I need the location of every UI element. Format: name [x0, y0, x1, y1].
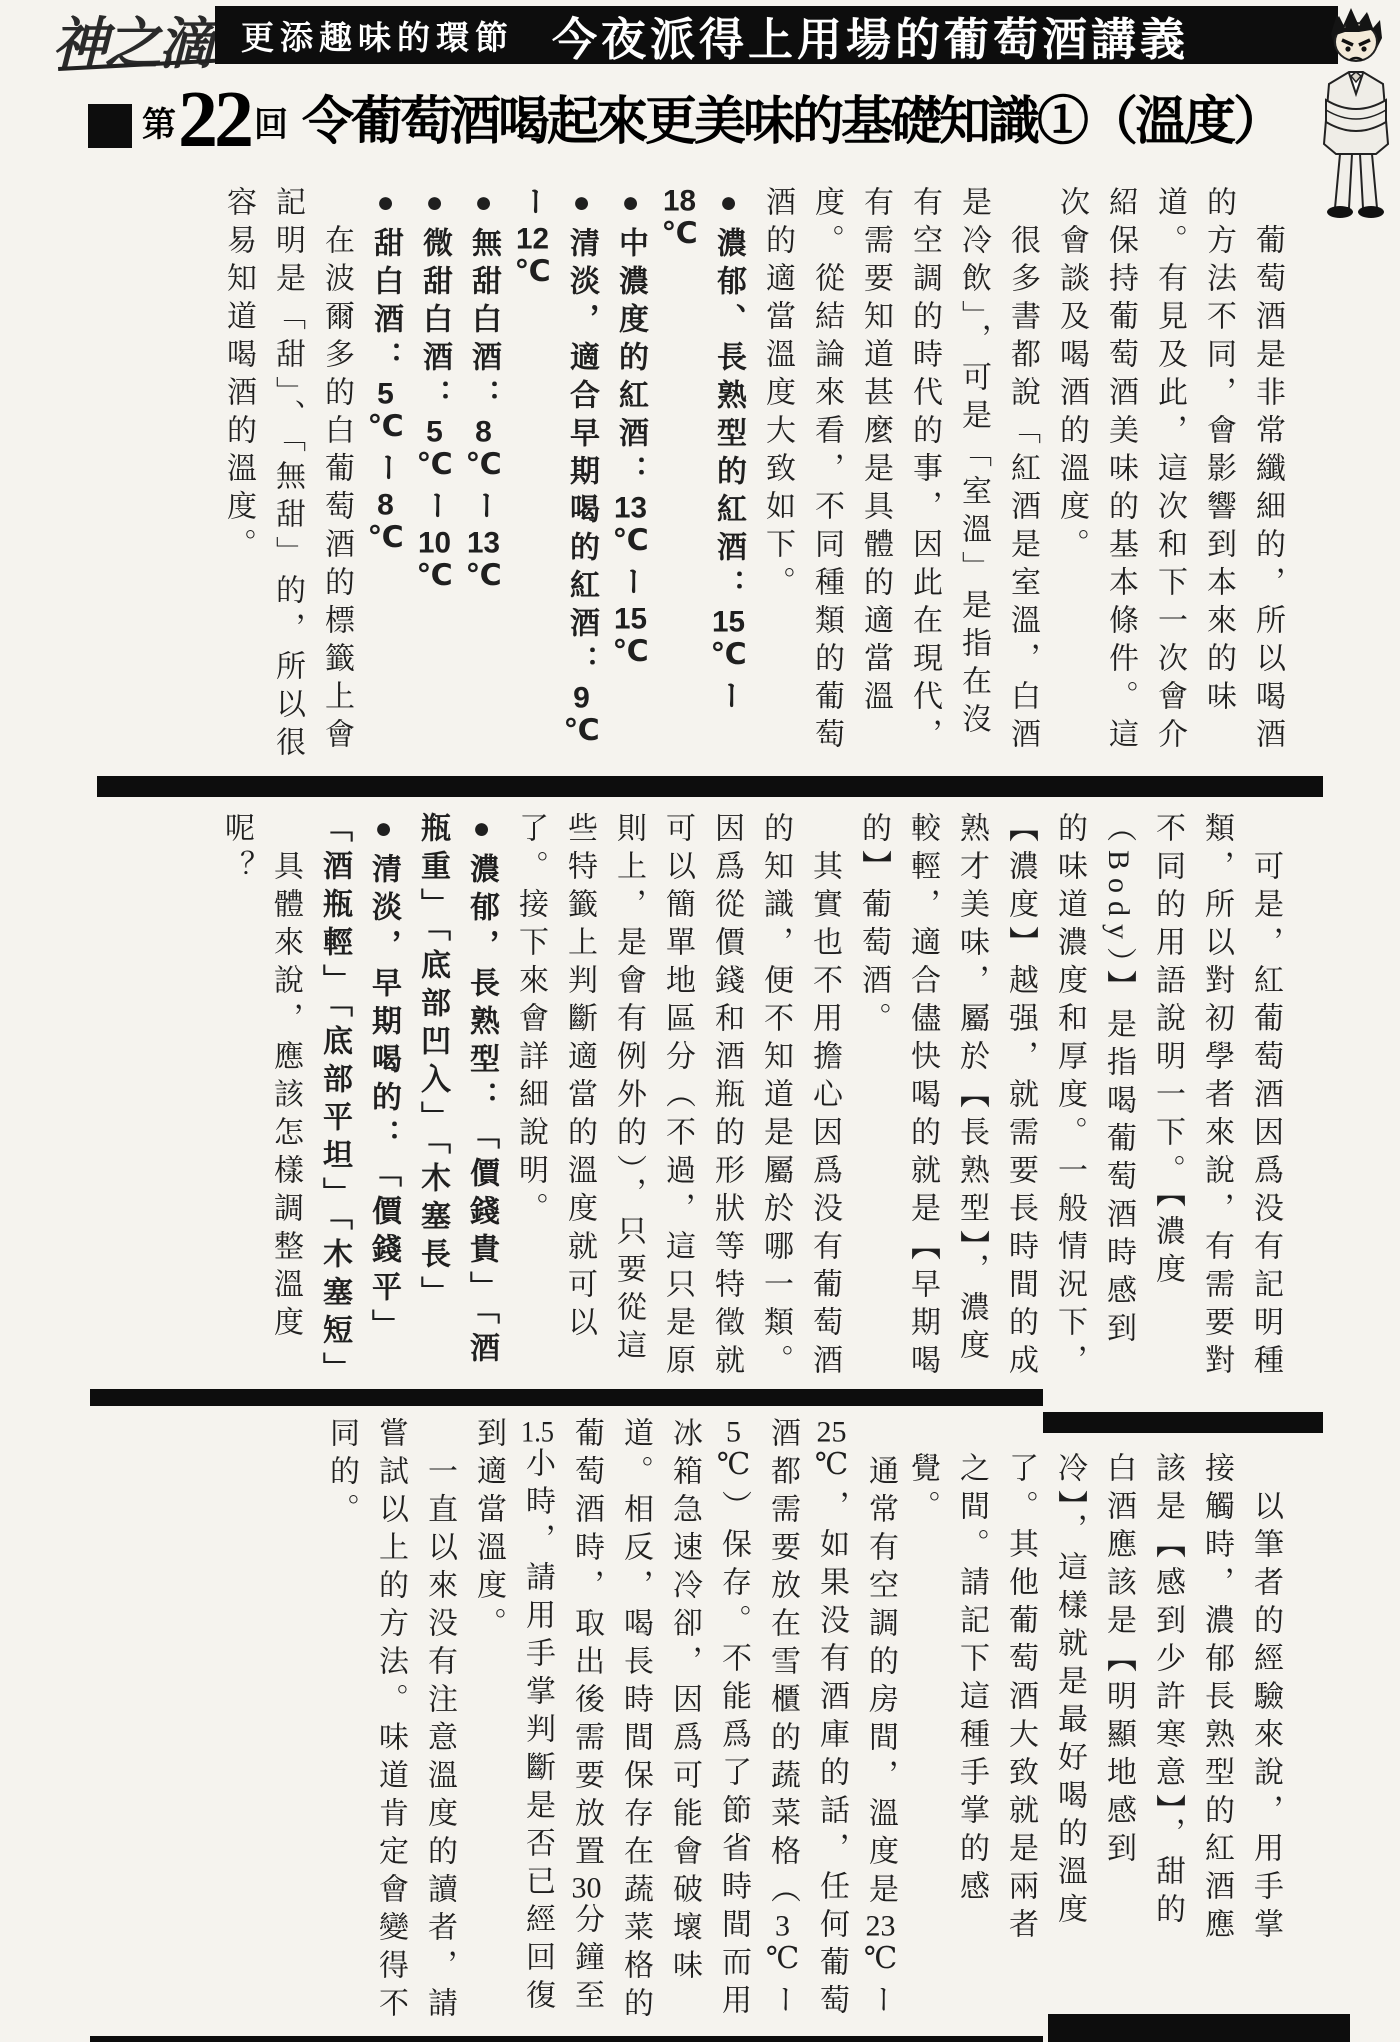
sec1-paragraph-3: 在波爾多的白葡萄酒的標籤上會記明是「甜」、「無甜」的，所以很容易知道喝酒的溫度。	[214, 186, 361, 776]
sec1-bullet-medium-red: ●中濃度的紅酒：13℃ー15℃	[606, 186, 655, 776]
mascot-eye-right	[1361, 46, 1366, 51]
episode-prefix: 第	[142, 97, 176, 146]
mascot-shoe-right	[1358, 206, 1384, 218]
episode-suffix: 回	[254, 97, 288, 146]
next-section-divider-right	[1048, 2014, 1350, 2042]
section-1-temperature-intro: 葡萄酒是非常纖細的，所以喝酒的方法不同，會影響到本來的味道。有見及此，這次和下一…	[100, 186, 1292, 776]
section-3-palm-feel: 以筆者的經驗來說，用手掌接觸時，濃郁長熟型的紅酒應該是【感到少許寒意】，甜的白酒…	[942, 1452, 1290, 1952]
section-divider-2-right	[1043, 1412, 1323, 1433]
sec2-bullet-earlydrink: ●清淡，早期喝的：「價錢平」「酒瓶輕」「底部平坦」「木塞短」	[310, 812, 408, 1385]
sec1-bullet-sweet-white: ●甜白酒：5℃ー8℃	[361, 186, 410, 776]
banner-subtitle: 更添趣味的環節	[241, 12, 514, 59]
sec2-paragraph-1: 可是，紅葡萄酒因爲没有記明種類，所以對初學者來說，有需要對不同的用語說明一下。【…	[849, 812, 1290, 1385]
section-divider-2-left	[90, 1389, 1043, 1406]
sec1-bullet-light-red: ●清淡，適合早期喝的紅酒：9℃ー12℃	[508, 186, 606, 776]
header-banner: 更添趣味的環節 今夜派得上用場的葡萄酒講義	[215, 6, 1338, 64]
sec1-bullet-semisweet-white: ●微甜白酒：5℃ー10℃	[410, 186, 459, 776]
scanned-page: { "colors":{"paper":"#f5f3ee","ink":"#1f…	[0, 0, 1400, 2042]
mascot-shoe-left	[1327, 206, 1353, 218]
mascot-eye-left	[1345, 46, 1350, 51]
sec3-paragraph-2: 通常有空調的房間，溫度是23℃ー25℃，如果没有酒庫的話，任何葡萄酒都需要放在雪…	[464, 1417, 905, 2042]
sec3-paragraph-3: 一直以來没有注意溫度的讀者，請嘗試以上的方法。味道肯定會變得不同的。	[317, 1417, 464, 2042]
mascot-leg-right	[1360, 154, 1377, 208]
sec1-bullet-rich-red: ●濃郁、長熟型的紅酒：15℃ー18℃	[655, 186, 753, 776]
sec1-bullet-dry-white: ●無甜白酒：8℃ー13℃	[459, 186, 508, 776]
episode-number: 22	[178, 88, 250, 152]
sec3-paragraph-1: 以筆者的經驗來說，用手掌接觸時，濃郁長熟型的紅酒應該是【感到少許寒意】，甜的白酒…	[898, 1452, 1290, 1952]
section-3-storage-advice: 通常有空調的房間，溫度是23℃ー25℃，如果没有酒庫的話，任何葡萄酒都需要放在雪…	[80, 1417, 905, 2042]
page-title: 令葡萄酒喝起來更美味的基礎知識①（溫度）	[302, 79, 1282, 154]
sec1-paragraph-1: 葡萄酒是非常纖細的，所以喝酒的方法不同，會影響到本來的味道。有見及此，這次和下一…	[1047, 186, 1292, 776]
sec1-paragraph-2: 很多書都說「紅酒是室溫，白酒是冷飲」，可是「室溫」是指在沒有空調的時代的事，因此…	[753, 186, 1047, 776]
title-square-marker	[88, 104, 132, 148]
sec2-bullet-longmature: ●濃郁，長熟型：「價錢貴」「酒瓶重」「底部凹入」「木塞長」	[408, 812, 506, 1385]
episode-title-row: 第 22 回 令葡萄酒喝起來更美味的基礎知識①（溫度）	[88, 82, 1388, 156]
next-section-divider-left	[90, 2036, 1043, 2042]
sec2-paragraph-3: 具體來說，應該怎樣調整溫度呢？	[212, 812, 310, 1385]
mascot-leg-left	[1335, 154, 1352, 208]
banner-title: 今夜派得上用場的葡萄酒講義	[552, 3, 1189, 68]
section-divider-1	[97, 776, 1323, 797]
section-2-body-terms: 可是，紅葡萄酒因爲没有記明種類，所以對初學者來說，有需要對不同的用語說明一下。【…	[85, 812, 1290, 1385]
sec2-paragraph-2: 其實也不用擔心因爲没有葡萄酒的知識，便不知道是屬於哪一類。因爲從價錢和酒瓶的形狀…	[506, 812, 849, 1385]
